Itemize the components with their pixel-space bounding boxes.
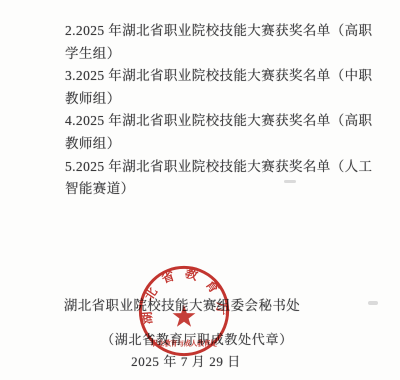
list-item-5-line-1: 5.2025 年湖北省职业院校技能大赛获奖名单（人工 [65, 156, 372, 179]
list-item-3-line-2: 教师组） [65, 88, 372, 111]
signature-organization: 湖北省职业院校技能大赛组委会秘书处 [0, 294, 382, 314]
list-item-2-line-2: 学生组） [65, 43, 372, 66]
signature-date: 2025 年 7 月 29 日 [0, 351, 386, 370]
signature-seal-note: （湖北省教育厅职成教处代章） [0, 329, 397, 348]
attachment-list: 2.2025 年湖北省职业院校技能大赛获奖名单（高职 学生组） 3.2025 年… [65, 20, 372, 201]
scan-artifact [368, 301, 378, 305]
scan-artifact [284, 180, 296, 183]
list-item-3-line-1: 3.2025 年湖北省职业院校技能大赛获奖名单（中职 [65, 65, 372, 88]
document-page: 2.2025 年湖北省职业院校技能大赛获奖名单（高职 学生组） 3.2025 年… [0, 0, 400, 380]
list-item-5-line-2: 智能赛道） [65, 178, 372, 201]
list-item-4-line-2: 教师组） [65, 133, 372, 156]
list-item-2-line-1: 2.2025 年湖北省职业院校技能大赛获奖名单（高职 [65, 20, 372, 43]
list-item-4-line-1: 4.2025 年湖北省职业院校技能大赛获奖名单（高职 [65, 110, 372, 133]
